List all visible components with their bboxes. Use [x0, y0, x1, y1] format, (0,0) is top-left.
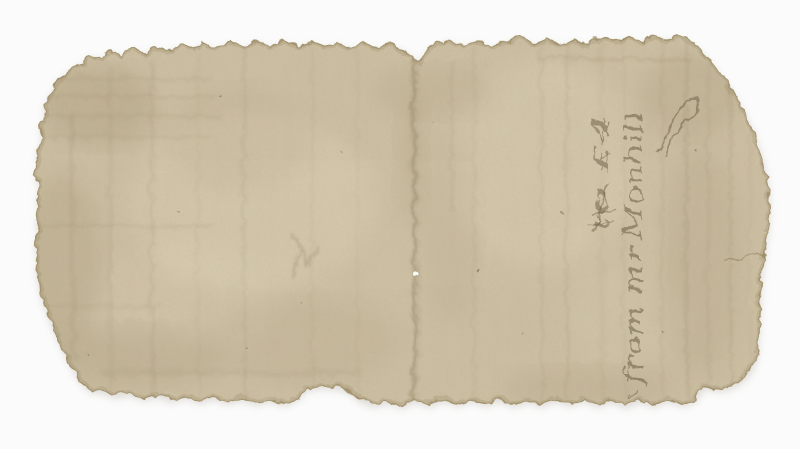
photo-canvas: from mr Monhill to £4 [0, 0, 800, 449]
worn-hole [410, 269, 416, 275]
handwriting-line-1: from mr Monhill [618, 111, 646, 384]
paper-note: from mr Monhill to £4 [0, 0, 800, 449]
paper-note-photo: from mr Monhill to £4 [0, 0, 800, 449]
